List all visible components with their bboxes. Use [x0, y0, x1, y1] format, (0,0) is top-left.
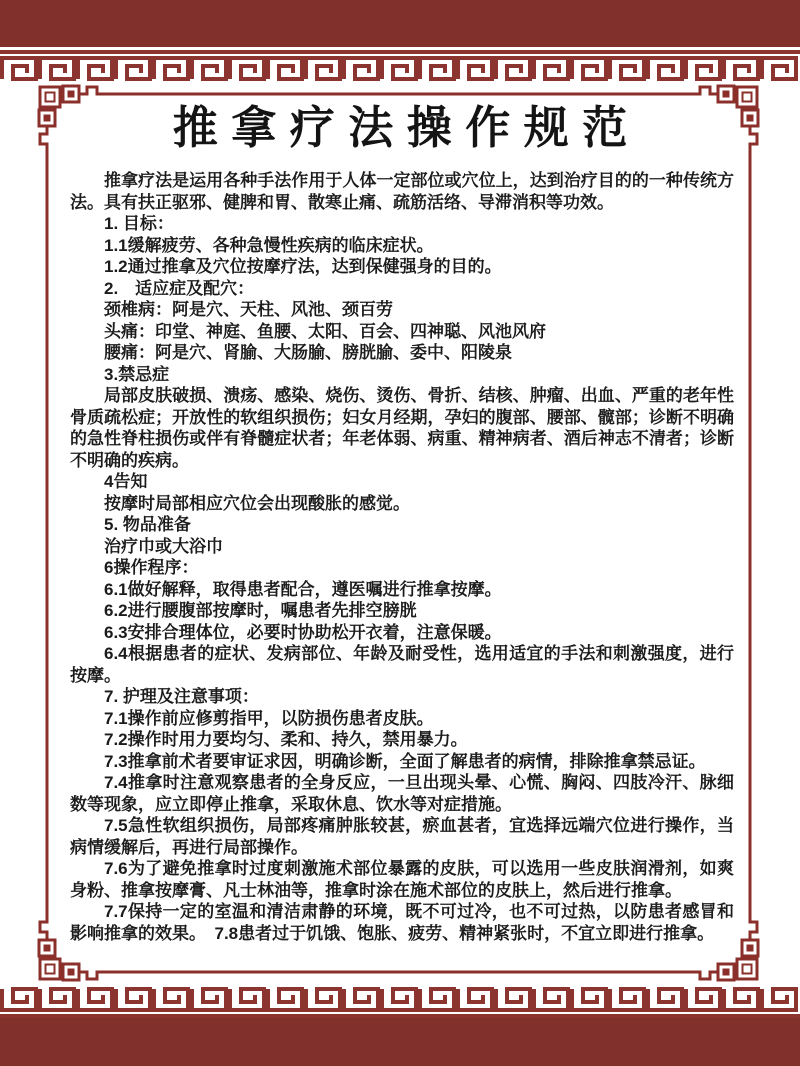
body-paragraph: 头痛：印堂、神庭、鱼腰、太阳、百会、四神聪、风池风府	[70, 321, 734, 343]
body-paragraph: 7.2操作时用力要均匀、柔和、持久，禁用暴力。	[70, 729, 734, 751]
body-paragraph: 6.3安排合理体位，必要时协助松开衣着，注意保暖。	[70, 622, 734, 644]
body-paragraph: 2. 适应症及配穴：	[70, 278, 734, 300]
body-paragraph: 3.禁忌症	[70, 364, 734, 386]
body-paragraph: 6.4根据患者的症状、发病部位、年龄及耐受性，选用适宜的手法和刺激强度，进行按摩…	[70, 643, 734, 686]
body-paragraph: 7. 护理及注意事项：	[70, 686, 734, 708]
body-paragraph: 按摩时局部相应穴位会出现酸胀的感觉。	[70, 493, 734, 515]
body-paragraph: 1.2通过推拿及穴位按摩疗法，达到保健强身的目的。	[70, 256, 734, 278]
poster-page: 推拿疗法操作规范 推拿疗法是运用各种手法作用于人体一定部位或穴位上，达到治疗目的…	[0, 0, 800, 1066]
body-paragraph: 7.5急性软组织损伤，局部疼痛肿胀较甚，瘀血甚者，宜选择远端穴位进行操作，当病情…	[70, 815, 734, 858]
body-paragraph: 1.1缓解疲劳、各种急慢性疾病的临床症状。	[70, 235, 734, 257]
body-paragraph: 6.2进行腰腹部按摩时，嘱患者先排空膀胱	[70, 600, 734, 622]
poster-body: 推拿疗法是运用各种手法作用于人体一定部位或穴位上，达到治疗目的的一种传统方法。具…	[70, 170, 734, 944]
body-paragraph: 治疗巾或大浴巾	[70, 536, 734, 558]
body-paragraph: 推拿疗法是运用各种手法作用于人体一定部位或穴位上，达到治疗目的的一种传统方法。具…	[70, 170, 734, 213]
body-paragraph: 颈椎病：阿是穴、天柱、风池、颈百劳	[70, 299, 734, 321]
body-paragraph: 6.1做好解释，取得患者配合，遵医嘱进行推拿按摩。	[70, 579, 734, 601]
body-paragraph: 7.1操作前应修剪指甲，以防损伤患者皮肤。	[70, 708, 734, 730]
body-paragraph: 7.7保持一定的室温和清洁肃静的环境，既不可过冷，也不可过热，以防患者感冒和影响…	[70, 901, 734, 944]
body-paragraph: 5. 物品准备	[70, 514, 734, 536]
body-paragraph: 6操作程序：	[70, 557, 734, 579]
body-paragraph: 7.6为了避免推拿时过度刺激施术部位暴露的皮肤，可以选用一些皮肤润滑剂，如爽身粉…	[70, 858, 734, 901]
body-paragraph: 局部皮肤破损、溃疡、感染、烧伤、烫伤、骨折、结核、肿瘤、出血、严重的老年性骨质疏…	[70, 385, 734, 471]
body-paragraph: 7.3推拿前术者要审证求因，明确诊断，全面了解患者的病情，排除推拿禁忌证。	[70, 751, 734, 773]
poster-title: 推拿疗法操作规范	[0, 100, 800, 156]
body-paragraph: 7.4推拿时注意观察患者的全身反应，一旦出现头晕、心慌、胸闷、四肢冷汗、脉细数等…	[70, 772, 734, 815]
body-paragraph: 4告知	[70, 471, 734, 493]
body-paragraph: 1. 目标：	[70, 213, 734, 235]
body-paragraph: 腰痛：阿是穴、肾腧、大肠腧、膀胱腧、委中、阳陵泉	[70, 342, 734, 364]
